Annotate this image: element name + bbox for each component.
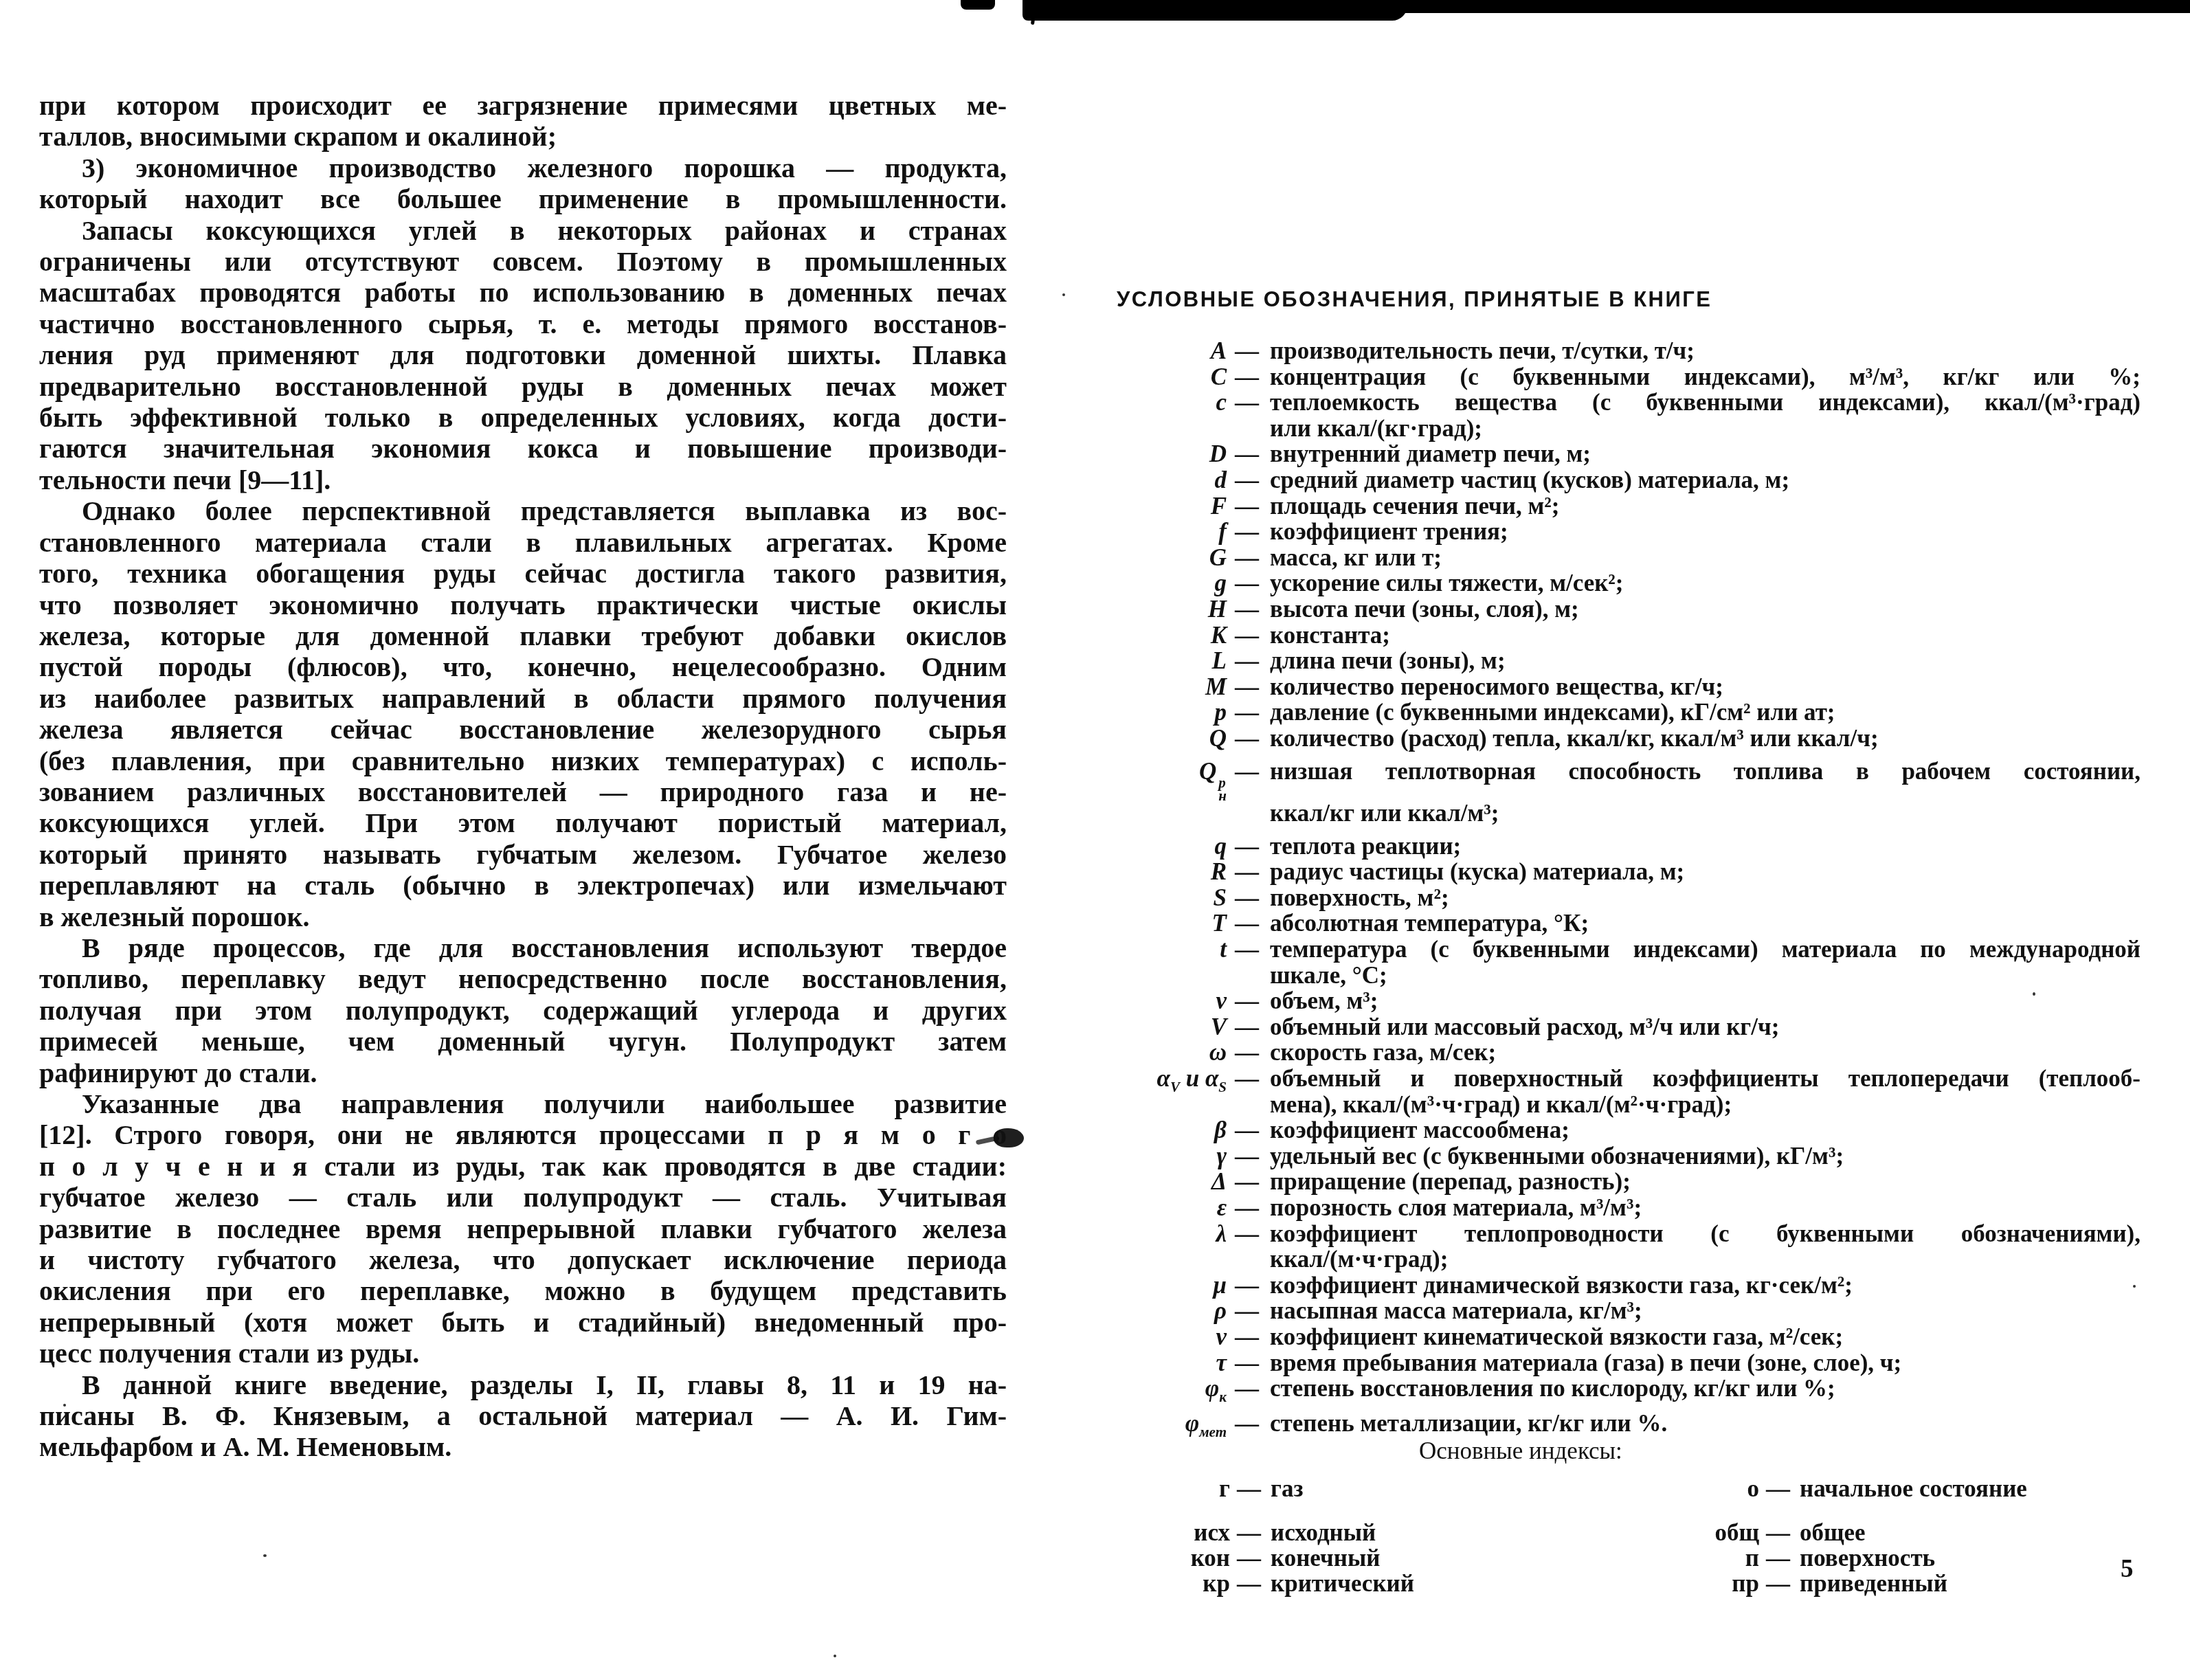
- left-page-line: цесс получения стали из руды.: [39, 1338, 1007, 1369]
- symbol-description: объемный или массовый расход, м³/ч или к…: [1270, 1014, 2141, 1040]
- left-page-line: того, техника обогащения руды сейчас дос…: [39, 558, 1007, 589]
- symbol-label: ρ: [1110, 1298, 1227, 1324]
- left-page-line: при котором происходит ее загрязнение пр…: [39, 90, 1007, 121]
- symbol-description: приращение (перепад, разность);: [1270, 1169, 2141, 1195]
- dash: —: [1227, 545, 1270, 571]
- symbol-label: φмет: [1110, 1411, 1227, 1446]
- symbol-description: давление (с буквенными индексами), кГ/см…: [1270, 699, 2141, 726]
- symbol-label: t: [1110, 937, 1227, 963]
- symbol-description-line: ккал/(м·ч·град);: [1270, 1246, 2141, 1273]
- symbol-label: Qрн: [1110, 759, 1227, 803]
- symbol-description-line: высота печи (зоны, слоя), м;: [1270, 596, 2141, 623]
- symbol-row: v—объем, м³;: [1110, 988, 2141, 1014]
- symbol-letter: T: [1212, 910, 1227, 937]
- index-description: исходный: [1271, 1520, 1376, 1545]
- indices-heading: Основные индексы:: [1419, 1437, 1622, 1465]
- dash: —: [1759, 1476, 1800, 1501]
- symbol-description-line: площадь сечения печи, м²;: [1270, 493, 2141, 519]
- index-row: кр—критический: [1141, 1571, 1414, 1596]
- symbol-row: R—радиус частицы (куска) материала, м;: [1110, 859, 2141, 885]
- symbol-description-line: радиус частицы (куска) материала, м;: [1270, 859, 2141, 885]
- dash: —: [1227, 519, 1270, 545]
- symbol-letter: μ: [1214, 1272, 1227, 1299]
- symbol-description-line: коэффициент кинематической вязкости газа…: [1270, 1324, 2141, 1350]
- scan-speck: [263, 1554, 267, 1557]
- left-page-line: В ряде процессов, где для восстановления…: [39, 932, 1007, 963]
- left-page-line: Однако более перспективной представляетс…: [39, 495, 1007, 526]
- symbol-description-line: теплоемкость вещества (с буквенными инде…: [1270, 390, 2141, 416]
- dash: —: [1759, 1545, 1800, 1571]
- symbol-label: T: [1110, 910, 1227, 937]
- left-page-line: железа является сейчас восстановление же…: [39, 714, 1007, 745]
- index-description: газ: [1271, 1476, 1303, 1501]
- symbol-row: ρ—насыпная масса материала, кг/м³;: [1110, 1298, 2141, 1324]
- left-page-line: окисления при его переплавке, можно в бу…: [39, 1275, 1007, 1306]
- symbol-description: константа;: [1270, 623, 2141, 649]
- symbol-row: ε—порозность слоя материала, м³/м³;: [1110, 1195, 2141, 1221]
- scan-speck: [834, 1655, 836, 1657]
- book-spread: при котором происходит ее загрязнение пр…: [0, 0, 2190, 1680]
- left-page-line: пустой породы (флюсов), что, конечно, не…: [39, 651, 1007, 682]
- symbol-label: q: [1110, 833, 1227, 860]
- symbol-description: площадь сечения печи, м²;: [1270, 493, 2141, 519]
- dash: —: [1227, 1169, 1270, 1195]
- symbol-sup-sub: рн: [1218, 776, 1227, 803]
- symbol-description: насыпная масса материала, кг/м³;: [1270, 1298, 2141, 1324]
- symbol-letter: D: [1209, 440, 1227, 467]
- left-page-line: (без плавления, при сравнительно низких …: [39, 746, 1007, 776]
- symbol-label: ε: [1110, 1195, 1227, 1221]
- symbol-description-line: константа;: [1270, 623, 2141, 649]
- symbol-description: коэффициент массообмена;: [1270, 1117, 2141, 1143]
- dash: —: [1227, 988, 1270, 1014]
- left-page-line: ления руд применяют для подготовки домен…: [39, 339, 1007, 370]
- page-title: УСЛОВНЫЕ ОБОЗНАЧЕНИЯ, ПРИНЯТЫЕ В КНИГЕ: [1117, 287, 1873, 312]
- dash: —: [1227, 833, 1270, 860]
- symbol-description-line: коэффициент трения;: [1270, 519, 2141, 545]
- symbol-description: теплоемкость вещества (с буквенными инде…: [1270, 390, 2141, 441]
- left-page-line: тельности печи [9—11].: [39, 464, 1007, 495]
- symbol-letter: L: [1212, 647, 1227, 674]
- symbol-description: поверхность, м²;: [1270, 885, 2141, 911]
- symbol-row: L—длина печи (зоны), м;: [1110, 648, 2141, 674]
- dash: —: [1227, 596, 1270, 623]
- symbol-description: коэффициент трения;: [1270, 519, 2141, 545]
- dash: —: [1227, 1040, 1270, 1066]
- dash: —: [1227, 885, 1270, 911]
- left-page-line: переплавляют на сталь (обычно в электроп…: [39, 870, 1007, 901]
- left-page-line: топливо, переплавку ведут непосредственн…: [39, 963, 1007, 994]
- symbol-description-line: коэффициент динамической вязкости газа, …: [1270, 1273, 2141, 1299]
- symbol-description: коэффициент кинематической вязкости газа…: [1270, 1324, 2141, 1350]
- left-page-line: масштабах проводятся работы по использов…: [39, 277, 1007, 308]
- dash: —: [1227, 1350, 1270, 1376]
- dash: —: [1227, 1014, 1270, 1040]
- dash: —: [1227, 1117, 1270, 1143]
- symbol-letter: f: [1218, 518, 1227, 545]
- indices-column-left: г—газисх—исходныйкон—конечныйкр—критичес…: [1141, 1476, 1414, 1596]
- symbol-label: K: [1110, 623, 1227, 649]
- symbol-label: C: [1110, 364, 1227, 390]
- dash: —: [1227, 1273, 1270, 1299]
- symbol-description-line: коэффициент теплопроводности (с буквенны…: [1270, 1221, 2141, 1247]
- symbol-letter: ν: [1216, 1323, 1227, 1350]
- symbol-row: S—поверхность, м²;: [1110, 885, 2141, 911]
- scan-artifact-top-blob: [1023, 0, 1407, 21]
- symbol-description: время пребывания материала (газа) в печи…: [1270, 1350, 2141, 1376]
- symbol-description-line: скорость газа, м/сек;: [1270, 1040, 2141, 1066]
- symbol-letter: F: [1211, 493, 1227, 519]
- symbol-description: масса, кг или т;: [1270, 545, 2141, 571]
- symbol-description-line: удельный вес (с буквенными обозначениями…: [1270, 1143, 2141, 1169]
- symbol-row: αV и αS—объемный и поверхностный коэффиц…: [1110, 1066, 2141, 1117]
- symbol-description: коэффициент динамической вязкости газа, …: [1270, 1273, 2141, 1299]
- symbol-description: количество переносимого вещества, кг/ч;: [1270, 674, 2141, 700]
- symbol-row: λ—коэффициент теплопроводности (с буквен…: [1110, 1221, 2141, 1273]
- symbol-label: V: [1110, 1014, 1227, 1040]
- left-page-line: из наиболее развитых направлений в облас…: [39, 683, 1007, 714]
- symbol-description-line: ккал/кг или ккал/м³;: [1270, 800, 2141, 827]
- symbol-label: d: [1110, 467, 1227, 493]
- symbol-letter: τ: [1216, 1349, 1227, 1376]
- symbol-label: M: [1110, 674, 1227, 700]
- symbol-label: φк: [1110, 1376, 1227, 1411]
- symbol-description-line: шкале, °С;: [1270, 963, 2141, 989]
- symbol-description-line: температура (с буквенными индексами) мат…: [1270, 937, 2141, 963]
- symbol-letter: S: [1214, 884, 1227, 911]
- left-page-line: и чистоту губчатого железа, что допускае…: [39, 1244, 1007, 1275]
- dash: —: [1227, 1298, 1270, 1324]
- dash: —: [1227, 759, 1270, 785]
- symbol-label: v: [1110, 988, 1227, 1014]
- symbol-description-line: степень металлизации, кг/кг или %.: [1270, 1411, 2141, 1437]
- symbol-description: теплота реакции;: [1270, 833, 2141, 860]
- symbol-description: коэффициент теплопроводности (с буквенны…: [1270, 1221, 2141, 1273]
- symbol-letter: M: [1205, 673, 1227, 700]
- index-description: поверхность: [1800, 1545, 1935, 1571]
- symbol-label: ω: [1110, 1040, 1227, 1066]
- left-page-line: становленного материала стали в плавильн…: [39, 527, 1007, 558]
- dash: —: [1227, 493, 1270, 519]
- symbol-letter: γ: [1216, 1143, 1227, 1169]
- index-row: г—газ: [1141, 1476, 1414, 1501]
- scan-artifact-top-spot: [961, 0, 995, 10]
- symbol-description: степень металлизации, кг/кг или %.: [1270, 1411, 2141, 1437]
- symbol-description: концентрация (с буквенными индексами), м…: [1270, 364, 2141, 390]
- symbol-label: f: [1110, 519, 1227, 545]
- symbol-letter: φ: [1185, 1410, 1199, 1437]
- index-description: критический: [1271, 1571, 1414, 1596]
- symbol-row: φмет—степень металлизации, кг/кг или %.: [1110, 1411, 2141, 1446]
- dash: —: [1227, 1195, 1270, 1221]
- scan-speck: [1062, 293, 1065, 296]
- index-label: п: [1663, 1545, 1759, 1571]
- index-row: кон—конечный: [1141, 1545, 1414, 1571]
- left-page-line: [12]. Строго говоря, они не являются про…: [39, 1119, 1007, 1150]
- left-page-line: писаны В. Ф. Князевым, а остальной матер…: [39, 1400, 1007, 1431]
- dash: —: [1227, 364, 1270, 390]
- symbol-description: порозность слоя материала, м³/м³;: [1270, 1195, 2141, 1221]
- dash: —: [1227, 1411, 1270, 1437]
- left-page-line: рафинируют до стали.: [39, 1057, 1007, 1088]
- symbol-description: высота печи (зоны, слоя), м;: [1270, 596, 2141, 623]
- symbol-description: скорость газа, м/сек;: [1270, 1040, 2141, 1066]
- symbol-letter: H: [1208, 596, 1227, 623]
- dash: —: [1227, 1143, 1270, 1169]
- symbol-letter: α: [1157, 1065, 1170, 1092]
- stack-part: н: [1218, 789, 1227, 803]
- symbol-row: d—средний диаметр частиц (кусков) матери…: [1110, 467, 2141, 493]
- left-page-line: таллов, вносимыми скрапом и окалиной;: [39, 121, 1007, 152]
- left-page-line: примесей меньше, чем доменный чугун. Пол…: [39, 1026, 1007, 1057]
- left-page-line: коксующихся углей. При этом получают пор…: [39, 807, 1007, 838]
- symbol-subscript: к: [1219, 1389, 1227, 1405]
- dash: —: [1230, 1571, 1271, 1596]
- index-label: общ: [1663, 1520, 1759, 1545]
- symbol-row: q—теплота реакции;: [1110, 833, 2141, 860]
- left-page-line: который находит все большее применение в…: [39, 183, 1007, 214]
- dash: —: [1227, 338, 1270, 364]
- symbol-letter: Q: [1199, 758, 1216, 785]
- dash: —: [1227, 859, 1270, 885]
- symbol-label: γ: [1110, 1143, 1227, 1169]
- symbol-description-line: количество (расход) тепла, ккал/кг, ккал…: [1270, 726, 2141, 752]
- symbol-row: K—константа;: [1110, 623, 2141, 649]
- symbol-description: объемный и поверхностный коэффициенты те…: [1270, 1066, 2141, 1117]
- symbol-subscript: V: [1170, 1079, 1180, 1095]
- symbol-row: D—внутренний диаметр печи, м;: [1110, 441, 2141, 467]
- dash: —: [1230, 1476, 1271, 1501]
- symbol-label: G: [1110, 545, 1227, 571]
- symbol-row: γ—удельный вес (с буквенными обозначения…: [1110, 1143, 2141, 1169]
- symbol-description-line: низшая теплотворная способность топлива …: [1270, 759, 2141, 785]
- left-page-line: губчатое железо — сталь или полупродукт …: [39, 1182, 1007, 1213]
- symbol-row: μ—коэффициент динамической вязкости газа…: [1110, 1273, 2141, 1299]
- left-page-line: непрерывный (хотя может быть и стадийный…: [39, 1307, 1007, 1338]
- index-label: о: [1663, 1476, 1759, 1501]
- symbol-description-line: концентрация (с буквенными индексами), м…: [1270, 364, 2141, 390]
- symbol-description: длина печи (зоны), м;: [1270, 648, 2141, 674]
- symbol-description-line: приращение (перепад, разность);: [1270, 1169, 2141, 1195]
- symbol-letter: Q: [1209, 725, 1227, 752]
- symbol-row: t—температура (с буквенными индексами) м…: [1110, 937, 2141, 988]
- symbol-description-line: количество переносимого вещества, кг/ч;: [1270, 674, 2141, 700]
- symbol-label: A: [1110, 338, 1227, 364]
- indices-column-right: о—начальное состояниеобщ—общееп—поверхно…: [1663, 1476, 2027, 1596]
- symbol-row: g—ускорение силы тяжести, м/сек²;: [1110, 570, 2141, 596]
- symbol-row: F—площадь сечения печи, м²;: [1110, 493, 2141, 519]
- symbol-label: β: [1110, 1117, 1227, 1143]
- symbol-letter: β: [1214, 1117, 1227, 1143]
- index-label: пр: [1663, 1571, 1759, 1596]
- symbols-list: A—производительность печи, т/сутки, т/ч;…: [1110, 338, 2141, 1445]
- symbol-label: τ: [1110, 1350, 1227, 1376]
- symbol-letter: ω: [1209, 1039, 1227, 1066]
- symbol-row: Δ—приращение (перепад, разность);: [1110, 1169, 2141, 1195]
- symbol-row: Q—количество (расход) тепла, ккал/кг, кк…: [1110, 726, 2141, 752]
- symbol-description: удельный вес (с буквенными обозначениями…: [1270, 1143, 2141, 1169]
- dash: —: [1227, 441, 1270, 467]
- dash: —: [1759, 1571, 1800, 1596]
- dash: —: [1227, 699, 1270, 726]
- symbol-label: F: [1110, 493, 1227, 519]
- symbol-letter: V: [1211, 1013, 1227, 1040]
- symbol-description-line: насыпная масса материала, кг/м³;: [1270, 1298, 2141, 1324]
- symbol-letter: λ: [1216, 1220, 1227, 1247]
- symbol-description-line: внутренний диаметр печи, м;: [1270, 441, 2141, 467]
- index-label: кон: [1141, 1545, 1230, 1571]
- symbol-description: степень восстановления по кислороду, кг/…: [1270, 1376, 2141, 1402]
- symbol-letter: g: [1215, 570, 1227, 596]
- symbol-label: ν: [1110, 1324, 1227, 1350]
- symbol-row: G—масса, кг или т;: [1110, 545, 2141, 571]
- symbol-row: c—теплоемкость вещества (с буквенными ин…: [1110, 390, 2141, 441]
- symbol-row: β—коэффициент массообмена;: [1110, 1117, 2141, 1143]
- symbol-row: M—количество переносимого вещества, кг/ч…: [1110, 674, 2141, 700]
- symbol-subscript: S: [1218, 1079, 1227, 1095]
- left-page-line: в железный порошок.: [39, 901, 1007, 932]
- symbol-row: A—производительность печи, т/сутки, т/ч;: [1110, 338, 2141, 364]
- symbol-description-line: степень восстановления по кислороду, кг/…: [1270, 1376, 2141, 1402]
- symbol-description-line: теплота реакции;: [1270, 833, 2141, 860]
- symbol-letter: v: [1216, 987, 1227, 1014]
- symbol-description: абсолютная температура, °К;: [1270, 910, 2141, 937]
- symbol-description: низшая теплотворная способность топлива …: [1270, 759, 2141, 827]
- symbol-row: C—концентрация (с буквенными индексами),…: [1110, 364, 2141, 390]
- symbol-letter: t: [1220, 936, 1227, 963]
- symbol-description: средний диаметр частиц (кусков) материал…: [1270, 467, 2141, 493]
- symbol-description-line: или ккал/(кг·град);: [1270, 416, 2141, 442]
- symbol-row: φк—степень восстановления по кислороду, …: [1110, 1376, 2141, 1411]
- page-number: 5: [2121, 1554, 2134, 1584]
- dash: —: [1227, 648, 1270, 674]
- symbol-subscript: мет: [1199, 1424, 1227, 1440]
- index-row: п—поверхность: [1663, 1545, 2027, 1571]
- dash: —: [1227, 390, 1270, 416]
- left-page-line: 3) экономичное производство железного по…: [39, 153, 1007, 183]
- dash: —: [1227, 1066, 1270, 1092]
- symbol-description: количество (расход) тепла, ккал/кг, ккал…: [1270, 726, 2141, 752]
- symbol-letter: G: [1209, 544, 1227, 571]
- symbol-label: g: [1110, 570, 1227, 596]
- symbol-letter: φ: [1205, 1375, 1219, 1402]
- symbol-description-line: средний диаметр частиц (кусков) материал…: [1270, 467, 2141, 493]
- symbol-letter: A: [1211, 337, 1227, 364]
- symbol-row: V—объемный или массовый расход, м³/ч или…: [1110, 1014, 2141, 1040]
- index-row: исх—исходный: [1141, 1520, 1414, 1545]
- symbol-row: ω—скорость газа, м/сек;: [1110, 1040, 2141, 1066]
- dash: —: [1227, 937, 1270, 963]
- index-description: начальное состояние: [1800, 1476, 2027, 1501]
- dash: —: [1227, 570, 1270, 596]
- index-label: исх: [1141, 1520, 1230, 1545]
- symbol-label: D: [1110, 441, 1227, 467]
- left-page-line: развитие в последнее время непрерывной п…: [39, 1213, 1007, 1244]
- dash: —: [1227, 674, 1270, 700]
- left-page-text: при котором происходит ее загрязнение пр…: [39, 90, 1007, 1463]
- symbol-label: p: [1110, 699, 1227, 726]
- symbol-description: внутренний диаметр печи, м;: [1270, 441, 2141, 467]
- index-description: общее: [1800, 1520, 1866, 1545]
- dash: —: [1227, 910, 1270, 937]
- index-description: конечный: [1271, 1545, 1380, 1571]
- dash: —: [1227, 467, 1270, 493]
- symbol-description-line: масса, кг или т;: [1270, 545, 2141, 571]
- index-row: общ—общее: [1663, 1520, 2027, 1545]
- symbol-description-line: длина печи (зоны), м;: [1270, 648, 2141, 674]
- index-label: кр: [1141, 1571, 1230, 1596]
- symbol-letter: q: [1215, 833, 1227, 860]
- left-page-line: Запасы коксующихся углей в некоторых рай…: [39, 215, 1007, 246]
- left-page-line: зованием различных восстановителей — при…: [39, 776, 1007, 807]
- index-row: о—начальное состояние: [1663, 1476, 2027, 1501]
- symbol-description-line: абсолютная температура, °К;: [1270, 910, 2141, 937]
- symbol-letter: Δ: [1211, 1168, 1227, 1195]
- symbol-label: R: [1110, 859, 1227, 885]
- dash: —: [1227, 726, 1270, 752]
- dash: —: [1227, 1221, 1270, 1247]
- symbol-row: H—высота печи (зоны, слоя), м;: [1110, 596, 2141, 623]
- symbol-row: p—давление (с буквенными индексами), кГ/…: [1110, 699, 2141, 726]
- symbol-letter: d: [1215, 467, 1227, 493]
- symbol-row: Qрн—низшая теплотворная способность топл…: [1110, 759, 2141, 827]
- symbol-description-line: порозность слоя материала, м³/м³;: [1270, 1195, 2141, 1221]
- symbol-letter: ε: [1217, 1194, 1227, 1221]
- left-page-line: п о л у ч е н и я стали из руды, так как…: [39, 1151, 1007, 1182]
- dash: —: [1227, 623, 1270, 649]
- symbol-row: τ—время пребывания материала (газа) в пе…: [1110, 1350, 2141, 1376]
- dash: —: [1759, 1520, 1800, 1545]
- index-label: г: [1141, 1476, 1230, 1501]
- dash: —: [1230, 1545, 1271, 1571]
- symbol-description-line: мена), ккал/(м³·ч·град) и ккал/(м²·ч·гра…: [1270, 1092, 2141, 1118]
- left-page-line: железа, которые для доменной плавки треб…: [39, 620, 1007, 651]
- symbol-label: Δ: [1110, 1169, 1227, 1195]
- left-page-line: частично восстановленного сырья, т. е. м…: [39, 309, 1007, 339]
- left-page-line: что позволяет экономично получать практи…: [39, 590, 1007, 620]
- symbol-label: L: [1110, 648, 1227, 674]
- symbol-description-line: ускорение силы тяжести, м/сек²;: [1270, 570, 2141, 596]
- dash: —: [1227, 1324, 1270, 1350]
- symbol-description-line: объемный и поверхностный коэффициенты те…: [1270, 1066, 2141, 1092]
- symbol-description-line: объем, м³;: [1270, 988, 2141, 1014]
- symbol-letter: c: [1216, 389, 1227, 416]
- left-page-line: мельфарбом и А. М. Неменовым.: [39, 1431, 1007, 1462]
- symbol-description-line: поверхность, м²;: [1270, 885, 2141, 911]
- symbol-row: T—абсолютная температура, °К;: [1110, 910, 2141, 937]
- symbol-description-line: производительность печи, т/сутки, т/ч;: [1270, 338, 2141, 364]
- symbol-label: μ: [1110, 1273, 1227, 1299]
- symbol-row: ν—коэффициент кинематической вязкости га…: [1110, 1324, 2141, 1350]
- left-page-line: В данной книге введение, разделы I, II, …: [39, 1369, 1007, 1400]
- left-page-line: Указанные два направления получили наибо…: [39, 1088, 1007, 1119]
- symbol-description: ускорение силы тяжести, м/сек²;: [1270, 570, 2141, 596]
- symbol-label: λ: [1110, 1221, 1227, 1247]
- symbol-description-line: коэффициент массообмена;: [1270, 1117, 2141, 1143]
- left-page-line: предварительно восстановленной руды в до…: [39, 371, 1007, 402]
- symbol-description: объем, м³;: [1270, 988, 2141, 1014]
- index-row: пр—приведенный: [1663, 1571, 2027, 1596]
- symbol-description-line: объемный или массовый расход, м³/ч или к…: [1270, 1014, 2141, 1040]
- symbol-label: αV и αS: [1110, 1066, 1227, 1101]
- symbol-label: Q: [1110, 726, 1227, 752]
- left-page-line: быть эффективной только в определенных у…: [39, 402, 1007, 433]
- symbol-label: H: [1110, 596, 1227, 623]
- index-description: приведенный: [1800, 1571, 1947, 1596]
- dash: —: [1227, 1376, 1270, 1402]
- dash: —: [1230, 1520, 1271, 1545]
- symbol-letter: ρ: [1214, 1297, 1227, 1324]
